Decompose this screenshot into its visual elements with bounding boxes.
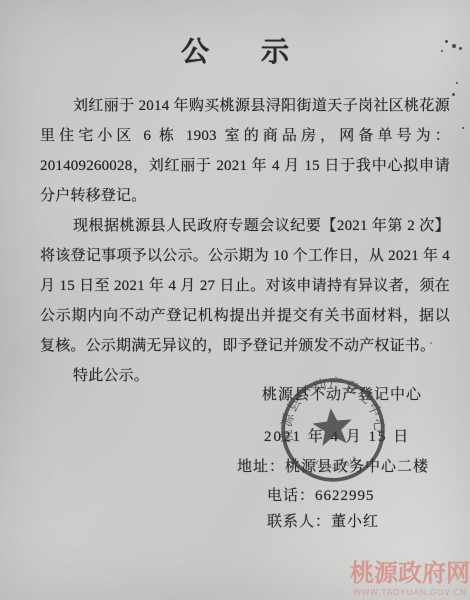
scan-speck	[441, 50, 443, 52]
scan-speck	[430, 342, 432, 344]
scan-speck	[459, 47, 462, 50]
contact-phone: 电话：6622995	[267, 484, 375, 505]
svg-text:4307250017: 4307250017	[312, 454, 361, 473]
official-seal-stamp: 桃源县不动产登记中心 4307250017	[274, 371, 393, 490]
scan-speck	[445, 40, 448, 43]
scan-speck	[452, 44, 456, 48]
scan-speck	[462, 127, 464, 129]
scan-speck	[452, 93, 455, 96]
site-watermark: 桃源政府网 WWW.TAOYUAN.GOV.CN	[350, 562, 470, 597]
paragraph-publicity-period: 现根据桃源县人民政府专题会议纪要【2021 年第 2 次】将该登记事项予以公示。…	[40, 211, 450, 361]
seal-serial-number: 4307250017	[312, 454, 361, 473]
contact-person: 联系人：董小红	[267, 510, 379, 531]
scanned-notice-page: 公 示 刘红丽于 2014 年购买桃源县浔阳街道天子岗社区桃花源里住宅小区 6 …	[0, 0, 470, 600]
star-icon	[311, 406, 354, 446]
notice-body: 刘红丽于 2014 年购买桃源县浔阳街道天子岗社区桃花源里住宅小区 6 栋 19…	[40, 91, 450, 391]
watermark-site-url: WWW.TAOYUAN.GOV.CN	[350, 589, 470, 597]
page-title: 公 示	[0, 30, 470, 70]
watermark-site-name: 桃源政府网	[350, 562, 470, 586]
scan-speck	[456, 82, 458, 84]
paragraph-purchase-info: 刘红丽于 2014 年购买桃源县浔阳街道天子岗社区桃花源里住宅小区 6 栋 19…	[40, 91, 450, 211]
